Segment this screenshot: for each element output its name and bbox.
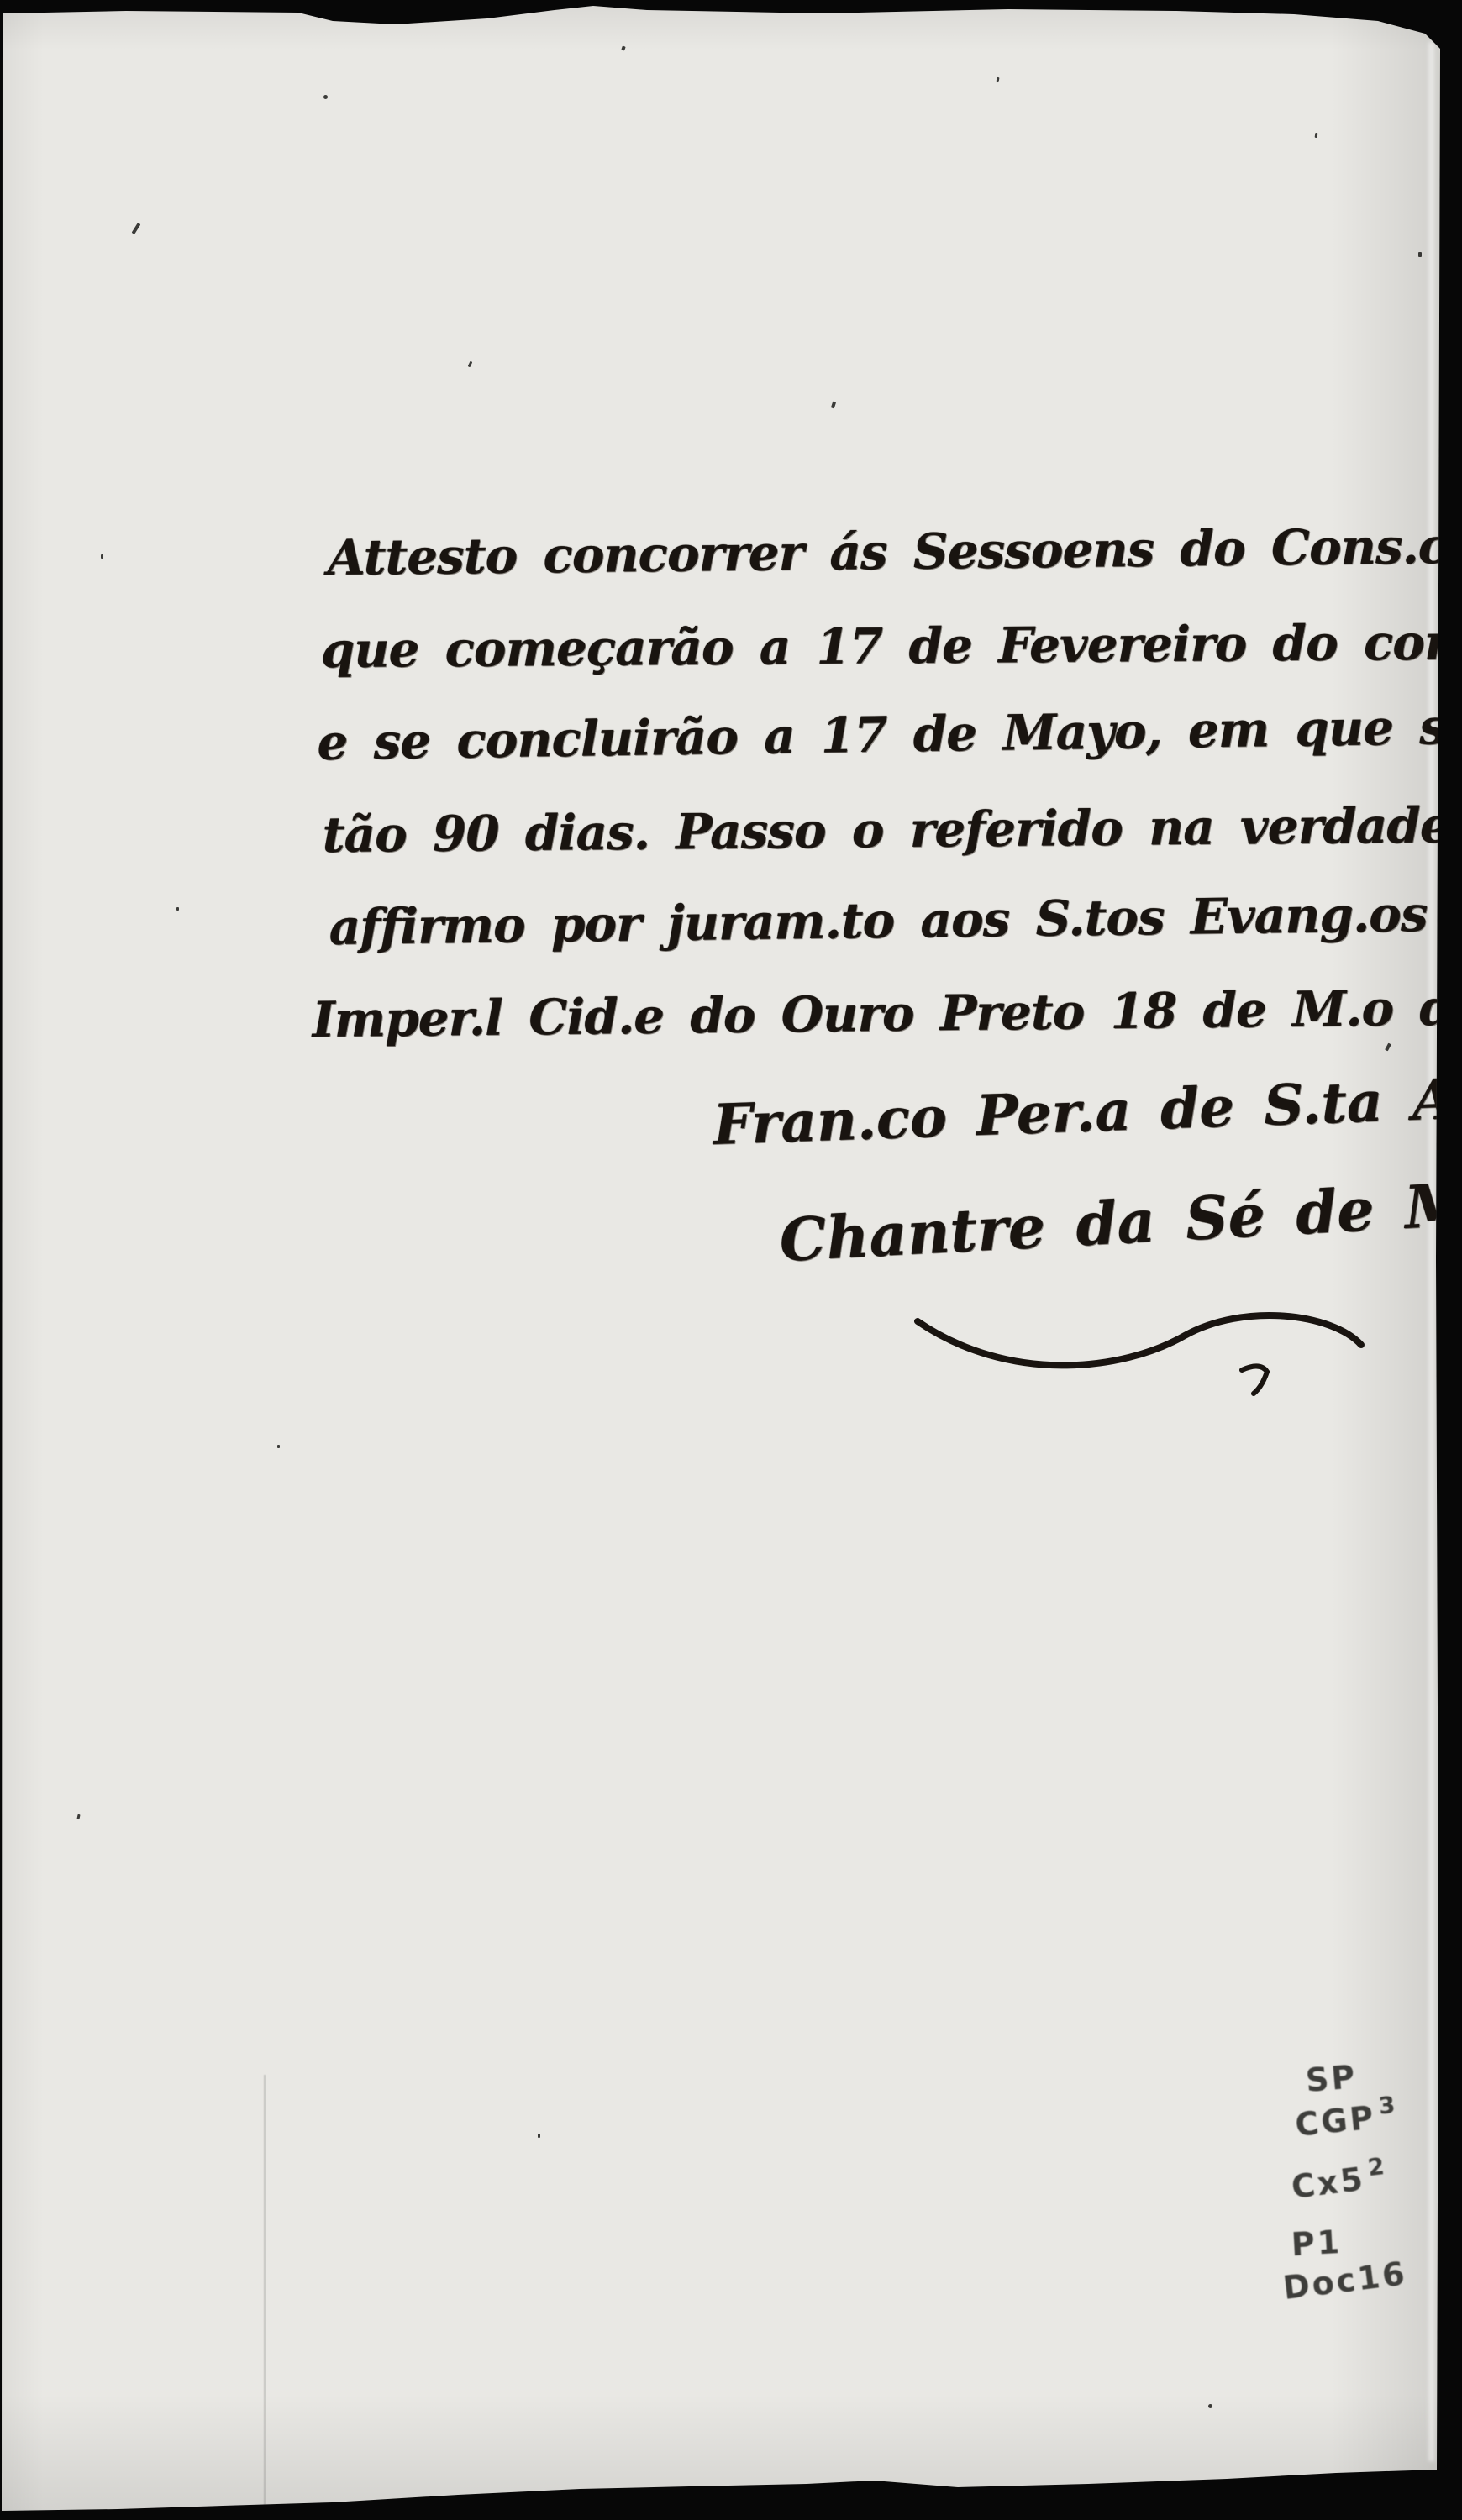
archival-note-superscript [1408, 2249, 1412, 2276]
archival-note-line: Cx52 [1290, 2158, 1386, 2206]
dust-speck [323, 95, 328, 99]
dust-speck [101, 554, 103, 559]
dust-speck [831, 402, 836, 409]
manuscript-line: e se concluirão a 17 de Mayo, em que se … [317, 696, 1462, 771]
paper-edge-highlight [1428, 42, 1434, 2461]
dust-speck [132, 223, 141, 234]
archival-note-line: P1 [1291, 2223, 1344, 2263]
manuscript-line: tão 90 dias. Passo o referido na verdade… [322, 796, 1462, 864]
dust-speck [76, 1814, 80, 1819]
signature-flourish-stroke [907, 1289, 1395, 1399]
dust-speck [277, 1445, 280, 1448]
paper-crease [264, 2075, 266, 2520]
scanned-document: { "document": { "language": "Portuguese"… [0, 0, 1462, 2520]
signature-line: Chantre da Sé de M.na [778, 1164, 1462, 1275]
archival-note-superscript: 3 [1377, 2090, 1399, 2119]
archival-note-text: Doc16 [1281, 2255, 1409, 2307]
dust-speck [1418, 252, 1422, 257]
archival-note-text: Cx5 [1290, 2160, 1368, 2206]
signature-line: Fran.co Per.a de S.ta Ap.do [712, 1062, 1462, 1158]
dust-speck [1385, 1043, 1391, 1052]
manuscript-line: Attesto concorrer ás Sessoens do Cons.co… [327, 514, 1462, 586]
dust-speck [176, 907, 179, 911]
dust-speck [1208, 2404, 1212, 2408]
archival-note-superscript [1359, 2051, 1362, 2079]
dust-speck [997, 77, 1000, 82]
archival-note-superscript [1345, 2218, 1347, 2245]
manuscript-line: affirmo por juram.to aos S.tos Evang.os [329, 885, 1428, 956]
dust-speck [468, 361, 473, 368]
archival-note-superscript: 2 [1366, 2151, 1388, 2181]
archival-note-line: CGP3 [1293, 2097, 1396, 2144]
archival-note-text: CGP [1293, 2098, 1377, 2144]
dust-speck [621, 45, 625, 50]
manuscript-line: que começarão a 17 de Fevereiro do cor.t… [321, 612, 1462, 679]
dust-speck [1315, 133, 1318, 138]
paper-sheet: Attesto concorrer ás Sessoens do Cons.co… [0, 0, 1462, 2520]
dust-speck [538, 2134, 540, 2138]
manuscript-line: Imper.l Cid.e do Ouro Preto 18 de M.o de… [312, 977, 1462, 1048]
archival-note-line: SP [1304, 2058, 1359, 2099]
archival-note-text: P1 [1291, 2223, 1344, 2263]
archival-note-line: Doc16 [1281, 2255, 1409, 2307]
archival-note-text: SP [1304, 2058, 1359, 2099]
